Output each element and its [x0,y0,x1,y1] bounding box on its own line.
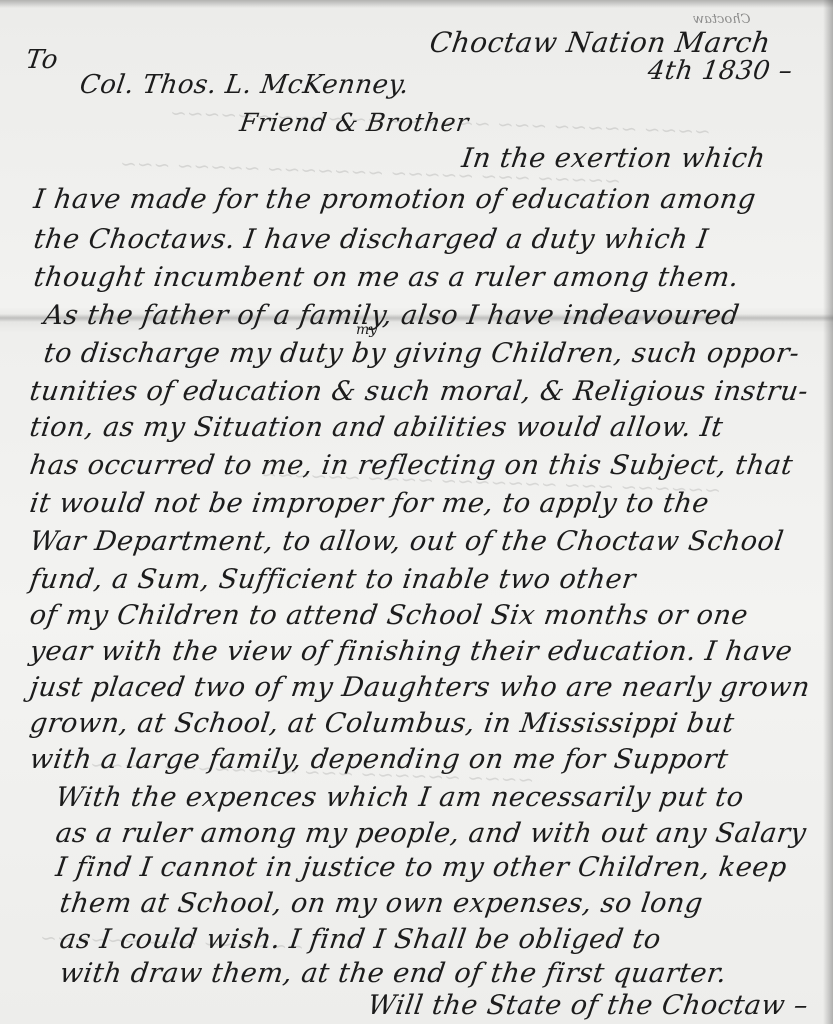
body-line-11: War Department, to allow, out of the Cho… [28,526,786,557]
body-line-3: the Choctaws. I have discharged a duty w… [32,224,711,255]
paper-right-edge [823,0,833,1024]
body-line-12: fund, a Sum, Sufficient to inable two ot… [28,564,638,595]
greeting: Friend & Brother [238,108,471,137]
letter-page: ~~~~ ~~~~~ ~~~ ~~~~~~ ~~ ~~~~ ~~~~~~ ~~~… [0,0,833,1024]
body-line-22: as I could wish. I find I Shall be oblig… [58,924,663,955]
body-line-2: I have made for the promotion of educati… [32,184,758,215]
body-line-13: of my Children to attend School Six mont… [28,600,750,631]
body-line-4: thought incumbent on me as a ruler among… [32,262,741,293]
body-line-10: it would not be improper for me, to appl… [28,488,711,519]
body-line-15: just placed two of my Daughters who are … [28,672,812,703]
place-date-line-1: Choctaw Nation March [428,26,773,59]
body-line-9: has occurred to me, in reflecting on thi… [28,450,795,481]
body-line-1: In the exertion which [460,143,768,174]
salutation-to: To [24,45,60,75]
body-line-14: year with the view of finishing their ed… [28,636,795,667]
body-line-23: with draw them, at the end of the first … [58,958,729,989]
addressee: Col. Thos. L. McKenney. [78,70,411,100]
body-line-21: them at School, on my own expenses, so l… [58,888,705,919]
place-date-line-2: 4th 1830 – [646,56,795,86]
body-line-18: With the expences which I am necessarily… [54,782,746,813]
inserted-word: my [356,322,377,338]
body-line-17: with a large family, depending on me for… [28,744,731,775]
body-line-19: as a ruler among my people, and with out… [54,818,809,849]
body-line-24: Will the State of the Choctaw – [366,990,810,1021]
body-line-7: tunities of education & such moral, & Re… [28,376,810,407]
body-line-6: to discharge my duty by giving Children,… [42,338,802,369]
body-line-8: tion, as my Situation and abilities woul… [28,412,725,443]
body-line-20: I find I cannot in justice to my other C… [54,852,789,883]
corner-note: Choctaw [693,12,751,27]
body-line-16: grown, at School, at Columbus, in Missis… [28,708,736,739]
body-line-5: As the father of a family, also I have i… [42,300,742,331]
paper-top-edge [0,0,833,8]
